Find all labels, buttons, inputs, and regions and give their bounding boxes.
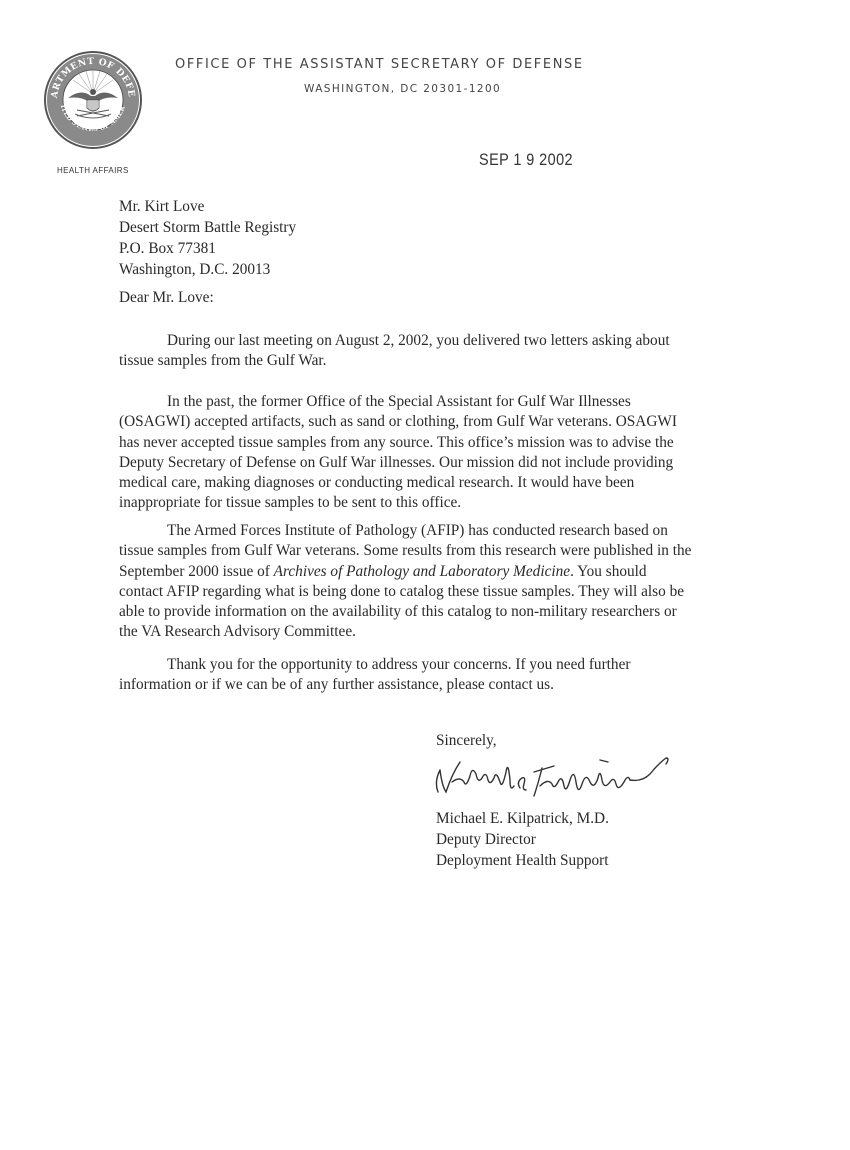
closing: Sincerely,: [436, 732, 497, 750]
recipient-organization: Desert Storm Battle Registry: [119, 217, 296, 238]
recipient-city: Washington, D.C. 20013: [119, 259, 296, 280]
salutation: Dear Mr. Love:: [119, 289, 214, 307]
signer-block: Michael E. Kilpatrick, M.D. Deputy Direc…: [436, 808, 609, 871]
recipient-address: Mr. Kirt Love Desert Storm Battle Regist…: [119, 196, 296, 280]
date-stamp: SEP 1 9 2002: [479, 150, 573, 170]
signer-office: Deployment Health Support: [436, 850, 609, 871]
division-label: HEALTH AFFAIRS: [57, 166, 129, 175]
paragraph-text: Thank you for the opportunity to address…: [119, 656, 630, 693]
recipient-name: Mr. Kirt Love: [119, 196, 296, 217]
body-paragraph-2: In the past, the former Office of the Sp…: [119, 392, 694, 514]
signature-icon: [430, 752, 680, 802]
office-address: WASHINGTON, DC 20301-1200: [304, 83, 501, 95]
dod-seal-icon: DEPARTMENT OF DEFENSE UNITED STATES OF A…: [43, 50, 143, 150]
office-title: OFFICE OF THE ASSISTANT SECRETARY OF DEF…: [175, 57, 584, 72]
body-paragraph-1: During our last meeting on August 2, 200…: [119, 331, 694, 372]
journal-title: Archives of Pathology and Laboratory Med…: [274, 563, 570, 580]
signer-title: Deputy Director: [436, 829, 609, 850]
body-paragraph-3: The Armed Forces Institute of Pathology …: [119, 521, 694, 643]
recipient-po-box: P.O. Box 77381: [119, 238, 296, 259]
paragraph-text: In the past, the former Office of the Sp…: [119, 393, 677, 511]
paragraph-text: During our last meeting on August 2, 200…: [119, 332, 670, 369]
signer-name: Michael E. Kilpatrick, M.D.: [436, 808, 609, 829]
body-paragraph-4: Thank you for the opportunity to address…: [119, 655, 694, 696]
